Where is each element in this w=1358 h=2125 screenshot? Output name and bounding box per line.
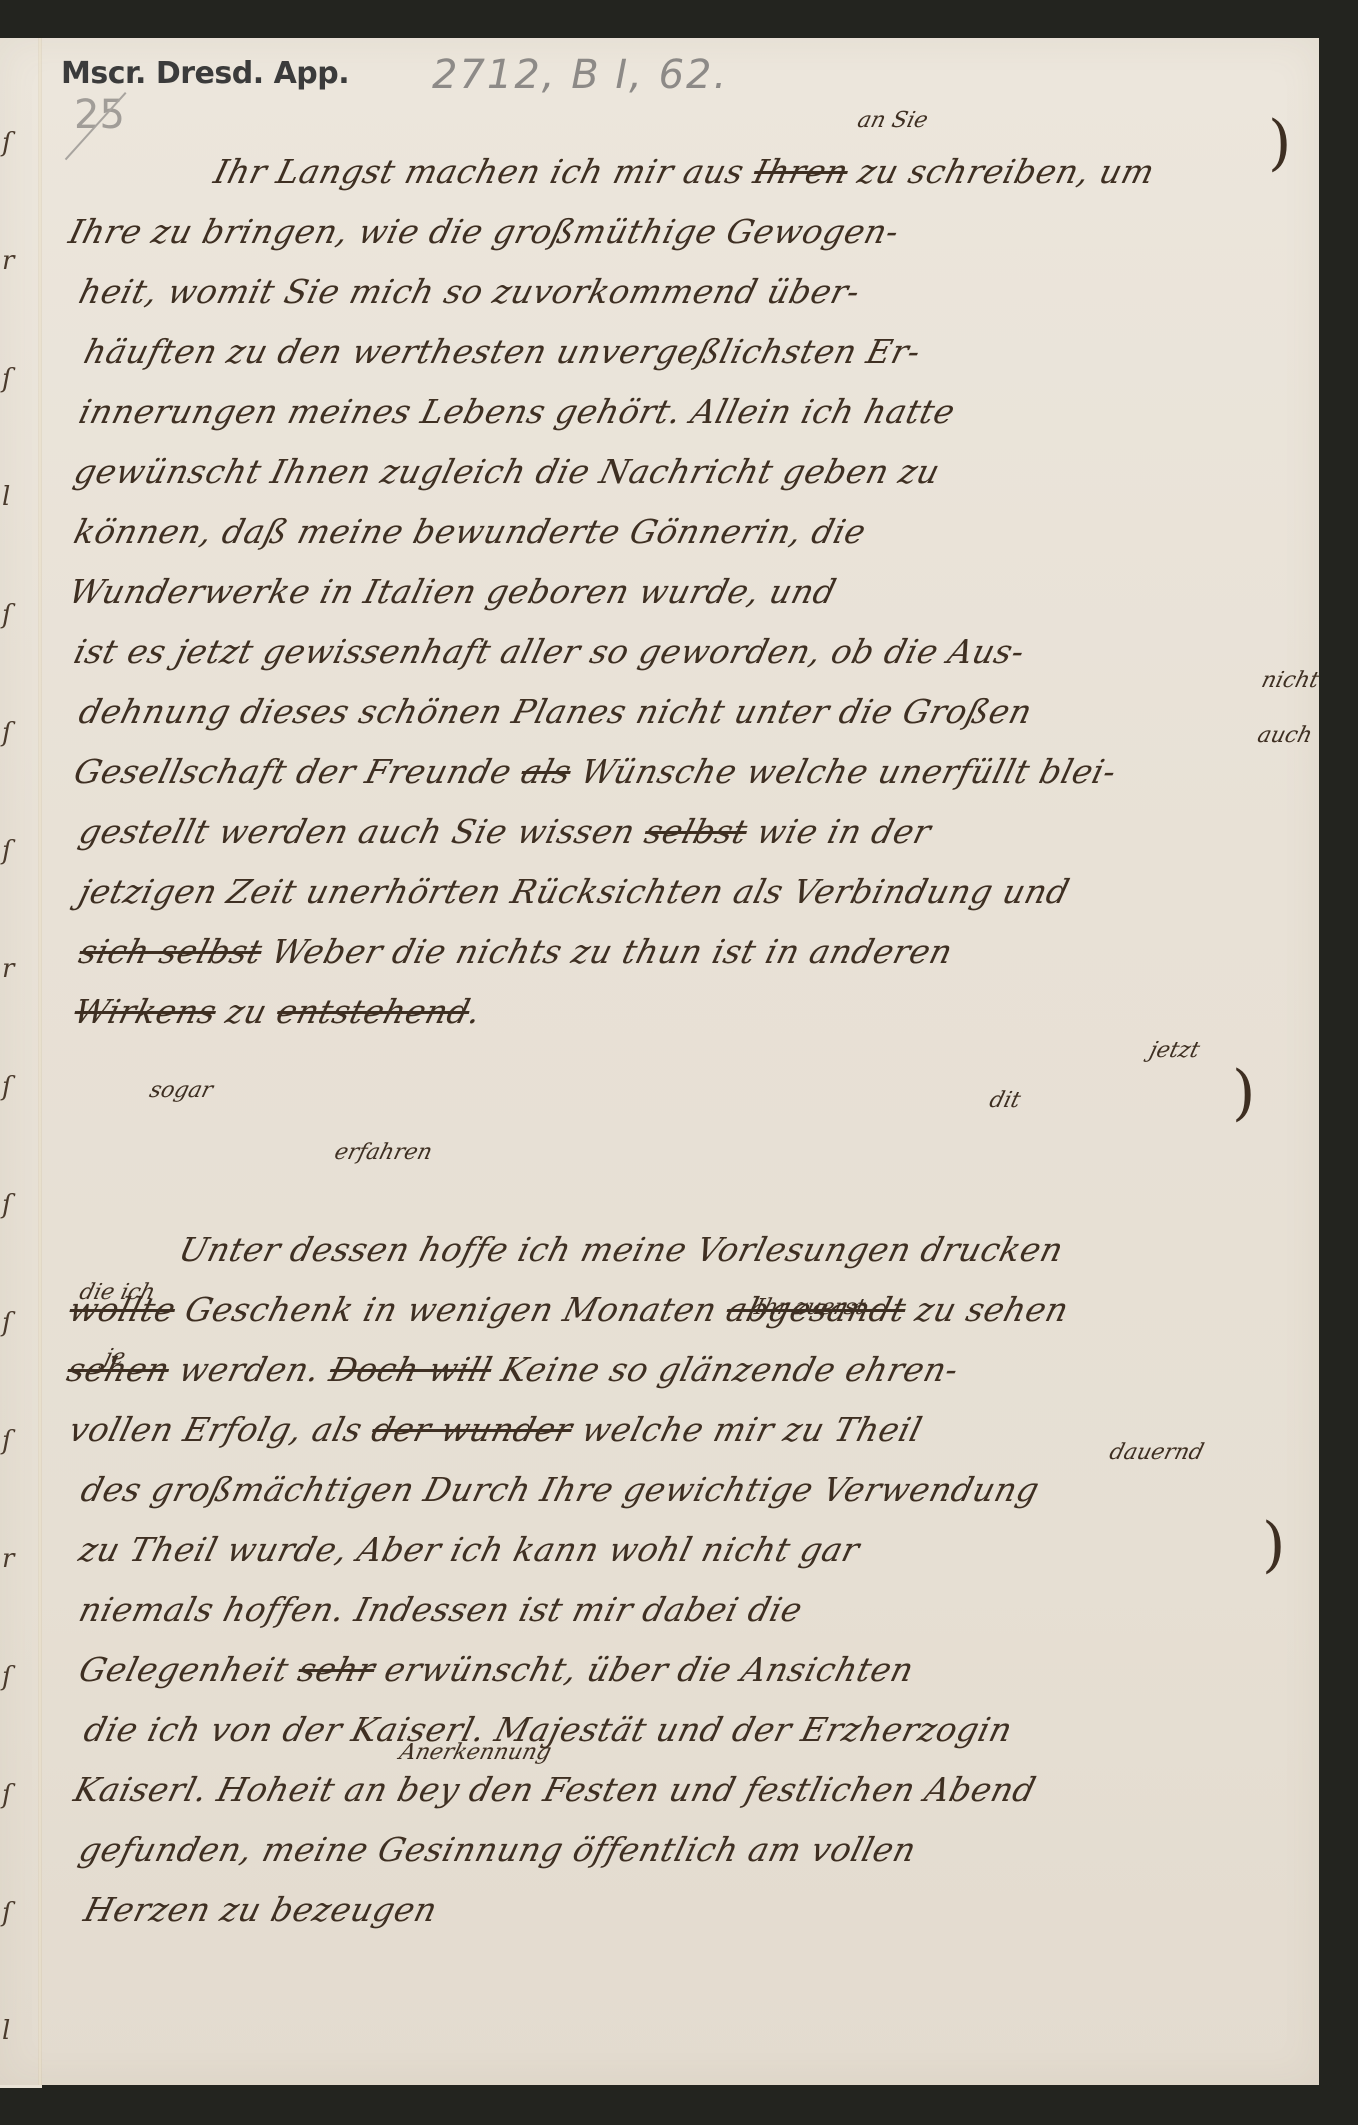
handwritten-line: Herzen zu bezeugen bbox=[80, 1890, 441, 1929]
interlinear-insertion: Anerkennung bbox=[397, 1740, 554, 1765]
prev-page-mark: ſ bbox=[2, 600, 12, 630]
bracket-mark: ) bbox=[1232, 1058, 1255, 1128]
struck-through-word: der wunder bbox=[368, 1410, 577, 1449]
line-text: Unter dessen hoffe ich meine Vorlesungen… bbox=[175, 1230, 1067, 1269]
prev-page-mark: ſ bbox=[2, 1308, 12, 1338]
line-text: häuften zu den werthesten unvergeßlichst… bbox=[80, 332, 925, 371]
handwritten-line: häuften zu den werthesten unvergeßlichst… bbox=[80, 332, 925, 371]
handwritten-line: des großmächtigen Durch Ihre gewichtige … bbox=[77, 1470, 1043, 1509]
line-text: können, daß meine bewunderte Gönnerin, d… bbox=[70, 512, 870, 551]
interlinear-insertion: dit bbox=[987, 1088, 1023, 1113]
handwritten-line: Wunderwerke in Italien geboren wurde, un… bbox=[65, 572, 840, 611]
line-text: Weber die nichts zu thun ist in anderen bbox=[257, 932, 957, 971]
line-text: erwünscht, über die Ansichten bbox=[370, 1650, 918, 1689]
handwritten-line: gestellt werden auch Sie wissen selbst w… bbox=[75, 812, 935, 851]
struck-through-word: Wirkens bbox=[70, 992, 221, 1031]
struck-through-word: Ihren bbox=[750, 152, 853, 191]
struck-through-word: Doch will bbox=[326, 1350, 497, 1389]
shelfmark-pencil-number: 2712, B I, 62. bbox=[432, 52, 728, 98]
prev-page-mark: ſ bbox=[2, 1072, 12, 1102]
bracket-mark: ) bbox=[1262, 1510, 1285, 1580]
prev-page-mark: ſ bbox=[2, 128, 12, 158]
line-text: dehnung dieses schönen Planes nicht unte… bbox=[75, 692, 1036, 731]
struck-through-word: sich selbst bbox=[75, 932, 266, 971]
line-text: jetzigen Zeit unerhörten Rücksichten als… bbox=[75, 872, 1074, 911]
line-text: zu schreiben, um bbox=[843, 152, 1159, 191]
interlinear-insertion: die ich bbox=[77, 1280, 158, 1305]
line-text: gestellt werden auch Sie wissen bbox=[75, 812, 650, 851]
shelfmark-stamp: Mscr. Dresd. App. bbox=[61, 56, 349, 91]
line-text: vollen Erfolg, als bbox=[65, 1410, 377, 1449]
handwritten-line: Unter dessen hoffe ich meine Vorlesungen… bbox=[175, 1230, 1067, 1269]
handwritten-line: gefunden, meine Gesinnung öffentlich am … bbox=[75, 1830, 920, 1869]
interlinear-insertion: dauernd bbox=[1107, 1440, 1206, 1465]
prev-page-mark: ſ bbox=[2, 718, 12, 748]
line-text: innerungen meines Lebens gehört. Allein … bbox=[75, 392, 959, 431]
struck-through-word: selbst bbox=[641, 812, 752, 851]
handwritten-line: Ihr Langst machen ich mir aus Ihren zu s… bbox=[210, 152, 1159, 191]
line-text: gefunden, meine Gesinnung öffentlich am … bbox=[75, 1830, 920, 1869]
line-text: zu bbox=[211, 992, 282, 1031]
prev-page-mark: ſ bbox=[2, 1662, 12, 1692]
handwritten-line: niemals hoffen. Indessen ist mir dabei d… bbox=[75, 1590, 806, 1629]
line-text: Keine so glänzende ehren- bbox=[487, 1350, 963, 1389]
line-text: heit, womit Sie mich so zuvorkommend übe… bbox=[75, 272, 864, 311]
handwritten-line: Gesellschaft der Freunde als Wünsche wel… bbox=[70, 752, 1120, 791]
line-text: Kaiserl. Hoheit an bey den Festen und fe… bbox=[70, 1770, 1040, 1809]
line-text: zu Theil wurde, Aber ich kann wohl nicht… bbox=[75, 1530, 864, 1569]
prev-page-mark: ſ bbox=[2, 1780, 12, 1810]
line-text: Wünsche welche unerfüllt blei- bbox=[566, 752, 1121, 791]
prev-page-mark: ſ bbox=[2, 1898, 12, 1928]
handwritten-line: sich selbst Weber die nichts zu thun ist… bbox=[75, 932, 957, 971]
handwritten-line: wollte Geschenk in wenigen Monaten abges… bbox=[65, 1290, 1073, 1329]
handwritten-line: vollen Erfolg, als der wunder welche mir… bbox=[65, 1410, 926, 1449]
line-text: des großmächtigen Durch Ihre gewichtige … bbox=[77, 1470, 1043, 1509]
handwritten-line: können, daß meine bewunderte Gönnerin, d… bbox=[70, 512, 870, 551]
prev-page-mark: ſ bbox=[2, 836, 12, 866]
line-text: Geschenk in wenigen Monaten bbox=[170, 1290, 732, 1329]
interlinear-insertion: nicht bbox=[1259, 668, 1322, 693]
line-text: Ihr Langst machen ich mir aus bbox=[210, 152, 759, 191]
prev-page-mark: r bbox=[2, 1544, 14, 1574]
handwritten-line: Wirkens zu entstehend. bbox=[70, 992, 485, 1031]
line-text: ist es jetzt gewissenhaft aller so gewor… bbox=[70, 632, 1029, 671]
interlinear-insertion: sogar bbox=[147, 1078, 215, 1103]
prev-page-mark: r bbox=[2, 954, 14, 984]
line-text: zu sehen bbox=[901, 1290, 1073, 1329]
handwritten-line: sehen werden. Doch will Keine so glänzen… bbox=[63, 1350, 962, 1389]
prev-page-mark: r bbox=[2, 246, 14, 276]
interlinear-insertion: jetzt bbox=[1147, 1038, 1202, 1063]
interlinear-insertion: an Sie bbox=[855, 108, 931, 133]
previous-page-marginal-text: ſrſlſſſrſſſſrſſſl bbox=[0, 38, 40, 2085]
line-text: gewünscht Ihnen zugleich die Nachricht g… bbox=[70, 452, 944, 491]
handwritten-line: Kaiserl. Hoheit an bey den Festen und fe… bbox=[70, 1770, 1040, 1809]
line-text: Wunderwerke in Italien geboren wurde, un… bbox=[65, 572, 840, 611]
struck-through-word: entstehend bbox=[273, 992, 475, 1031]
prev-page-mark: l bbox=[2, 2016, 10, 2046]
line-text: welche mir zu Theil bbox=[567, 1410, 926, 1449]
prev-page-mark: ſ bbox=[2, 1190, 12, 1220]
handwritten-line: jetzigen Zeit unerhörten Rücksichten als… bbox=[75, 872, 1074, 911]
line-text: wie in der bbox=[742, 812, 935, 851]
prev-page-mark: ſ bbox=[2, 1426, 12, 1456]
interlinear-insertion: erfahren bbox=[332, 1140, 435, 1165]
handwritten-line: dehnung dieses schönen Planes nicht unte… bbox=[75, 692, 1036, 731]
line-text: niemals hoffen. Indessen ist mir dabei d… bbox=[75, 1590, 806, 1629]
handwritten-line: zu Theil wurde, Aber ich kann wohl nicht… bbox=[75, 1530, 864, 1569]
line-text: Herzen zu bezeugen bbox=[80, 1890, 441, 1929]
handwritten-line: innerungen meines Lebens gehört. Allein … bbox=[75, 392, 959, 431]
struck-through-word: sehr bbox=[294, 1650, 379, 1689]
handwritten-line: heit, womit Sie mich so zuvorkommend übe… bbox=[75, 272, 864, 311]
handwritten-line: ist es jetzt gewissenhaft aller so gewor… bbox=[70, 632, 1029, 671]
interlinear-insertion: auch bbox=[1255, 723, 1315, 748]
handwritten-line: Ihre zu bringen, wie die großmüthige Gew… bbox=[65, 212, 903, 251]
line-text: Ihre zu bringen, wie die großmüthige Gew… bbox=[65, 212, 903, 251]
line-text: Gesellschaft der Freunde bbox=[70, 752, 527, 791]
line-text: Gelegenheit bbox=[75, 1650, 304, 1689]
interlinear-insertion: Ihr zuerst bbox=[752, 1295, 868, 1320]
handwritten-line: Gelegenheit sehr erwünscht, über die Ans… bbox=[75, 1650, 918, 1689]
bracket-mark: ) bbox=[1268, 108, 1291, 178]
prev-page-mark: ſ bbox=[2, 364, 12, 394]
line-text: werden. bbox=[164, 1350, 335, 1389]
prev-page-mark: l bbox=[2, 482, 10, 512]
handwritten-line: gewünscht Ihnen zugleich die Nachricht g… bbox=[70, 452, 944, 491]
